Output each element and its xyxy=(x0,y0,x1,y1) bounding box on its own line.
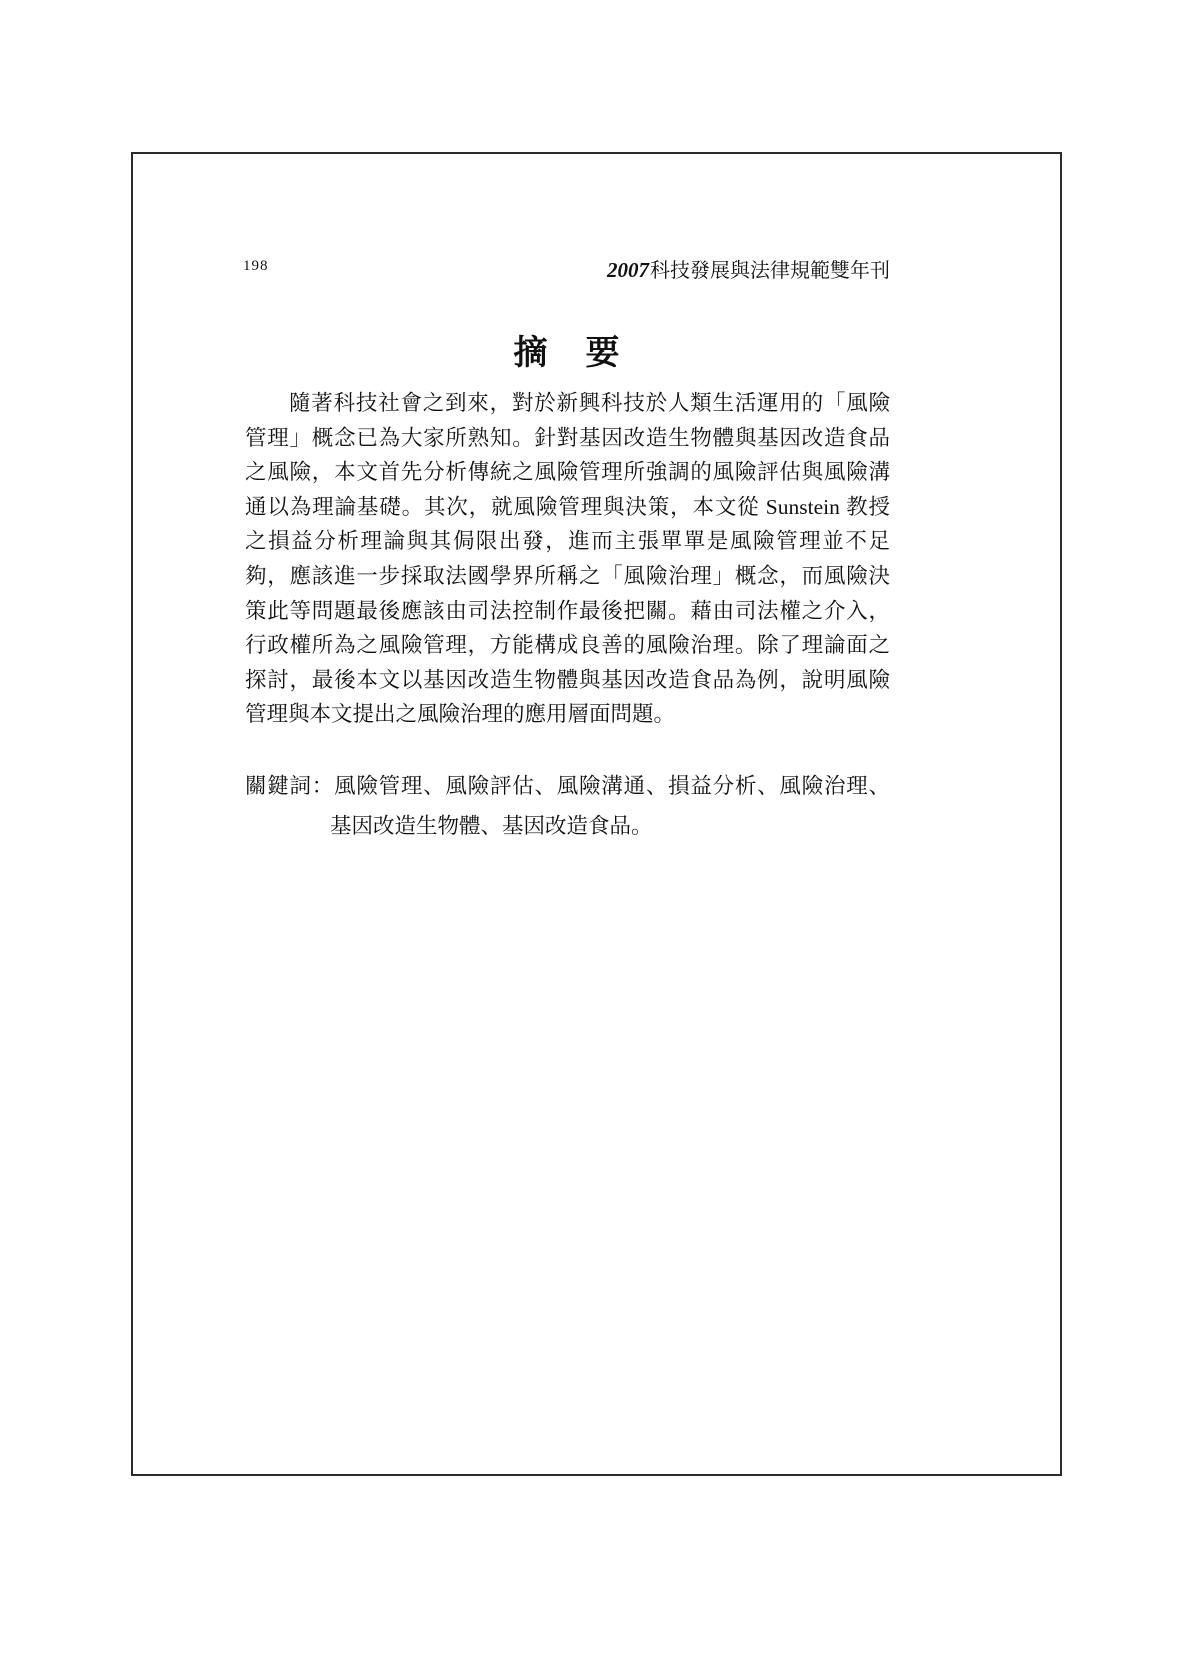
page-number: 198 xyxy=(243,258,269,275)
journal-abstract-page: { "page": { "number": "198", "header": {… xyxy=(0,0,1177,1664)
running-header: 2007科技發展與法律規範雙年刊 xyxy=(460,254,890,283)
keywords-line-1: 關鍵詞：風險管理、風險評估、風險溝通、損益分析、風險治理、 xyxy=(245,766,890,806)
keywords-block: 關鍵詞：風險管理、風險評估、風險溝通、損益分析、風險治理、 基因改造生物體、基因… xyxy=(245,766,890,846)
abstract-title: 摘 要 xyxy=(245,325,890,374)
abstract-line: 管理」概念已為大家所熟知。針對基因改造生物體與基因改造食品 xyxy=(245,421,890,456)
journal-title: 科技發展與法律規範雙年刊 xyxy=(650,260,890,282)
abstract-line: 夠，應該進一步採取法國學界所稱之「風險治理」概念，而風險決 xyxy=(245,559,890,594)
abstract-line: 隨著科技社會之到來，對於新興科技於人類生活運用的「風險 xyxy=(245,386,890,421)
abstract-paragraph: 隨著科技社會之到來，對於新興科技於人類生活運用的「風險 管理」概念已為大家所熟知… xyxy=(245,386,890,732)
abstract-line: 管理與本文提出之風險治理的應用層面問題。 xyxy=(245,697,890,732)
abstract-line: 之損益分析理論與其侷限出發，進而主張單單是風險管理並不足 xyxy=(245,524,890,559)
keywords-line-2: 基因改造生物體、基因改造食品。 xyxy=(330,806,890,846)
abstract-line: 之風險，本文首先分析傳統之風險管理所強調的風險評估與風險溝 xyxy=(245,455,890,490)
abstract-line: 策此等問題最後應該由司法控制作最後把關。藉由司法權之介入， xyxy=(245,594,890,629)
abstract-line: 探討，最後本文以基因改造生物體與基因改造食品為例，說明風險 xyxy=(245,663,890,698)
abstract-line: 通以為理論基礎。其次，就風險管理與決策，本文從 Sunstein 教授 xyxy=(245,490,890,525)
abstract-line: 行政權所為之風險管理，方能構成良善的風險治理。除了理論面之 xyxy=(245,628,890,663)
journal-year: 2007 xyxy=(607,258,649,282)
